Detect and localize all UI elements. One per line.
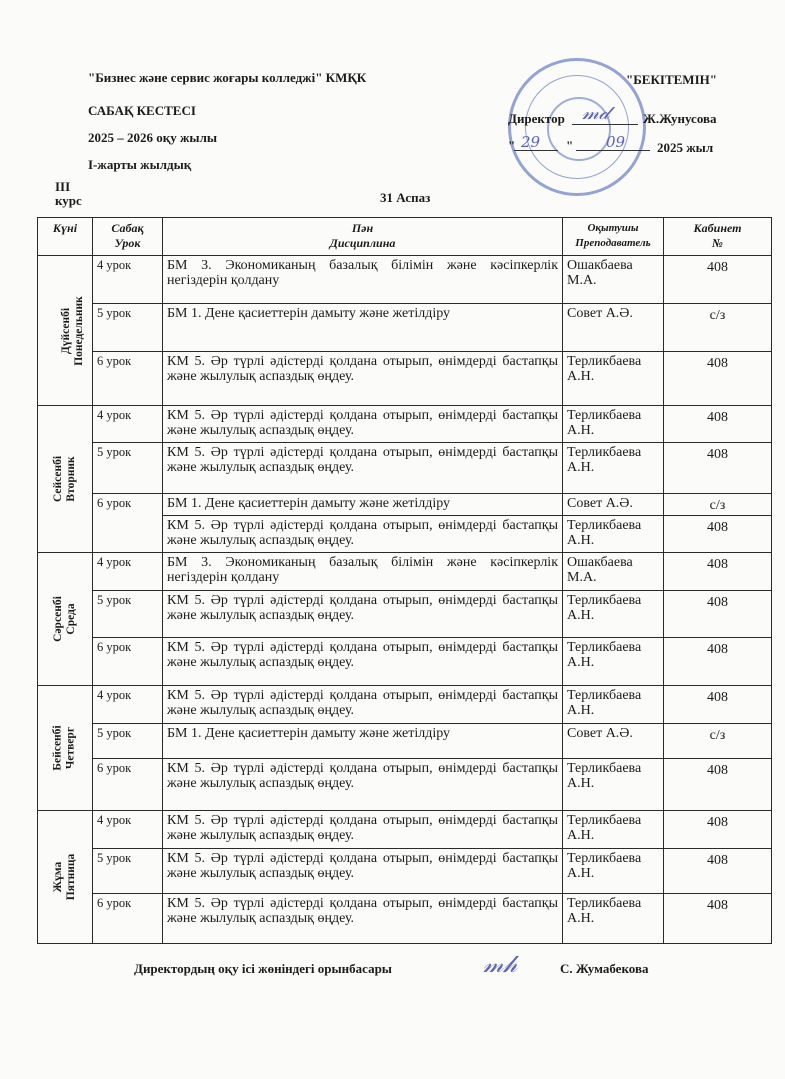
day-label: СәрсенбіСреда [52,596,78,642]
header-subject-ru: Дисциплина [167,236,558,251]
day-name-kz: Сәрсенбі [52,596,65,642]
table-row: БейсенбіЧетверг4 урокКМ 5. Әр түрлі әдіс… [38,686,772,724]
teacher-cell: Терликбаева А.Н. [563,638,664,686]
director-label: Директор [508,111,565,127]
table-row: 6 урокБМ 1. Дене қасиеттерін дамыту және… [38,494,772,516]
room-cell: 408 [664,759,772,811]
header-day: Күні [38,218,93,256]
approval-heading: "БЕКІТЕМІН" [626,72,717,88]
room-cell: 408 [664,686,772,724]
table-row: 6 урокКМ 5. Әр түрлі әдістерді қолдана о… [38,759,772,811]
day-name-ru: Четверг [65,725,78,770]
teacher-cell: Терликбаева А.Н. [563,686,664,724]
teacher-cell: Ошакбаева М.А. [563,256,664,304]
teacher-cell: Терликбаева А.Н. [563,759,664,811]
lesson-number: 4 урок [93,811,163,849]
table-row: 6 урокКМ 5. Әр түрлі әдістерді қолдана о… [38,352,772,406]
course-label: ІІІ курс [55,180,82,208]
subject-cell: КМ 5. Әр түрлі әдістерді қолдана отырып,… [163,591,563,638]
lesson-number: 6 урок [93,494,163,553]
subject-cell: БМ 3. Экономиканың базалық білімін және … [163,553,563,591]
room-cell: 408 [664,553,772,591]
table-row: 5 урокБМ 1. Дене қасиеттерін дамыту және… [38,724,772,759]
room-cell: с/з [664,304,772,352]
schedule-table: Күні Сабақ Урок Пән Дисциплина Оқытушы П… [37,217,772,944]
table-header-row: Күні Сабақ Урок Пән Дисциплина Оқытушы П… [38,218,772,256]
teacher-cell: Совет А.Ә. [563,494,664,516]
table-row: ДүйсенбіПонедельник4 урокБМ 3. Экономика… [38,256,772,304]
room-cell: 408 [664,443,772,494]
teacher-cell: Терликбаева А.Н. [563,406,664,443]
teacher-cell: Терликбаева А.Н. [563,352,664,406]
teacher-cell: Ошакбаева М.А. [563,553,664,591]
lesson-number: 5 урок [93,304,163,352]
subject-cell: КМ 5. Әр түрлі әдістерді қолдана отырып,… [163,759,563,811]
header-day-label: Күні [53,221,77,235]
table-row: СейсенбіВторник4 урокКМ 5. Әр түрлі әдіс… [38,406,772,443]
lesson-number: 5 урок [93,849,163,894]
day-label: ДүйсенбіПонедельник [60,296,86,366]
director-name: Ж.Жунусова [643,111,717,127]
date-close-quote: " [566,138,573,154]
table-row: 5 урокКМ 5. Әр түрлі әдістерді қолдана о… [38,591,772,638]
table-row: 6 урокКМ 5. Әр түрлі әдістерді қолдана о… [38,894,772,944]
teacher-cell: Совет А.Ә. [563,724,664,759]
room-cell: 408 [664,591,772,638]
day-cell: ДүйсенбіПонедельник [38,256,93,406]
deputy-name: С. Жумабекова [560,961,648,977]
teacher-cell: Терликбаева А.Н. [563,591,664,638]
director-signature-line [572,124,638,125]
header-room-ru: № [668,236,767,251]
subject-cell: БМ 1. Дене қасиеттерін дамыту және жетіл… [163,494,563,516]
teacher-cell: Терликбаева А.Н. [563,811,664,849]
document-title: САБАҚ КЕСТЕСІ [88,103,196,119]
date-open-quote: " [508,138,515,154]
lesson-number: 5 урок [93,591,163,638]
subject-cell: БМ 1. Дене қасиеттерін дамыту және жетіл… [163,304,563,352]
lesson-number: 6 урок [93,638,163,686]
director-signature: 𝓂𝒹 [582,100,609,124]
day-name-ru: Пятница [65,854,78,900]
day-cell: ЖұмаПятница [38,811,93,944]
subject-cell: КМ 5. Әр түрлі әдістерді қолдана отырып,… [163,352,563,406]
lesson-number: 4 урок [93,406,163,443]
lesson-number: 5 урок [93,443,163,494]
semester: І-жарты жылдық [88,157,191,173]
subject-cell: БМ 3. Экономиканың базалық білімін және … [163,256,563,304]
day-cell: БейсенбіЧетверг [38,686,93,811]
room-cell: 408 [664,811,772,849]
lesson-number: 4 урок [93,686,163,724]
subject-cell: КМ 5. Әр түрлі әдістерді қолдана отырып,… [163,811,563,849]
group-name: 31 Аспаз [380,190,430,206]
teacher-cell: Терликбаева А.Н. [563,894,664,944]
day-name-kz: Сейсенбі [52,456,65,502]
lesson-number: 6 урок [93,894,163,944]
date-year: 2025 жыл [657,140,713,156]
table-row: 5 урокКМ 5. Әр түрлі әдістерді қолдана о… [38,849,772,894]
course-word: курс [55,194,82,208]
lesson-number: 4 урок [93,553,163,591]
room-cell: с/з [664,724,772,759]
subject-cell: КМ 5. Әр түрлі әдістерді қолдана отырып,… [163,406,563,443]
lesson-number: 5 урок [93,724,163,759]
room-cell: 408 [664,516,772,553]
teacher-cell: Совет А.Ә. [563,304,664,352]
header-teacher-ru: Преподаватель [567,236,659,251]
subject-cell: КМ 5. Әр түрлі әдістерді қолдана отырып,… [163,894,563,944]
table-row: ЖұмаПятница4 урокКМ 5. Әр түрлі әдістерд… [38,811,772,849]
date-day: 29 [521,133,540,151]
deputy-signature: 𝓂𝒽 [483,950,517,978]
date-month: 09 [606,133,625,151]
day-name-kz: Дүйсенбі [60,296,73,366]
day-name-ru: Понедельник [73,296,86,366]
header-room: Кабинет № [664,218,772,256]
teacher-cell: Терликбаева А.Н. [563,516,664,553]
table-row: СәрсенбіСреда4 урокБМ 3. Экономиканың ба… [38,553,772,591]
schedule-body: ДүйсенбіПонедельник4 урокБМ 3. Экономика… [38,256,772,944]
course-number: ІІІ [55,180,82,194]
academic-year: 2025 – 2026 оқу жылы [88,130,217,146]
day-name-ru: Вторник [65,456,78,502]
header-room-kz: Кабинет [668,221,767,236]
room-cell: 408 [664,256,772,304]
subject-cell: КМ 5. Әр түрлі әдістерді қолдана отырып,… [163,638,563,686]
header-lesson-ru: Урок [97,236,158,251]
day-label: БейсенбіЧетверг [52,725,78,770]
teacher-cell: Терликбаева А.Н. [563,849,664,894]
table-row: 5 урокКМ 5. Әр түрлі әдістерді қолдана о… [38,443,772,494]
header-teacher-kz: Оқытушы [567,221,659,236]
day-name-kz: Жұма [52,854,65,900]
day-cell: СейсенбіВторник [38,406,93,553]
day-label: СейсенбіВторник [52,456,78,502]
table-row: 6 урокКМ 5. Әр түрлі әдістерді қолдана о… [38,638,772,686]
header-subject: Пән Дисциплина [163,218,563,256]
header-subject-kz: Пән [167,221,558,236]
room-cell: 408 [664,894,772,944]
college-name: "Бизнес және сервис жоғары колледжі" КМҚ… [88,70,366,86]
day-cell: СәрсенбіСреда [38,553,93,686]
lesson-number: 6 урок [93,759,163,811]
teacher-cell: Терликбаева А.Н. [563,443,664,494]
subject-cell: КМ 5. Әр түрлі әдістерді қолдана отырып,… [163,849,563,894]
lesson-number: 6 урок [93,352,163,406]
subject-cell: КМ 5. Әр түрлі әдістерді қолдана отырып,… [163,686,563,724]
day-name-kz: Бейсенбі [52,725,65,770]
room-cell: 408 [664,849,772,894]
subject-cell: БМ 1. Дене қасиеттерін дамыту және жетіл… [163,724,563,759]
deputy-title: Директордың оқу ісі жөніндегі орынбасары [134,961,392,977]
subject-cell: КМ 5. Әр түрлі әдістерді қолдана отырып,… [163,516,563,553]
header-lesson-kz: Сабақ [97,221,158,236]
room-cell: 408 [664,406,772,443]
room-cell: с/з [664,494,772,516]
table-row: 5 урокБМ 1. Дене қасиеттерін дамыту және… [38,304,772,352]
header-lesson: Сабақ Урок [93,218,163,256]
header-teacher: Оқытушы Преподаватель [563,218,664,256]
room-cell: 408 [664,638,772,686]
subject-cell: КМ 5. Әр түрлі әдістерді қолдана отырып,… [163,443,563,494]
lesson-number: 4 урок [93,256,163,304]
day-label: ЖұмаПятница [52,854,78,900]
room-cell: 408 [664,352,772,406]
day-name-ru: Среда [65,596,78,642]
